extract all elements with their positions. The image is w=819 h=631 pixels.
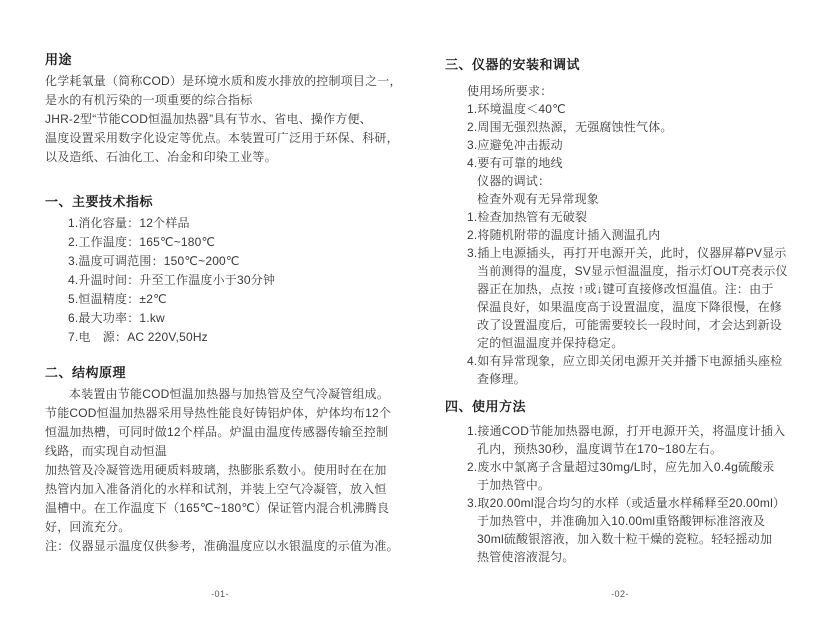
text-line: 30ml硫酸银溶液，加入数十粒干燥的瓷粒。轻轻摇动加 bbox=[445, 530, 795, 548]
text-line: 于加热管中，并准确加入10.00ml重铬酸钾标准溶液及 bbox=[445, 512, 795, 530]
text-line: 节能COD恒温加热器采用导热性能良好铸铝炉体，炉体均布12个 bbox=[45, 404, 395, 423]
spec-item: 7.电 源：AC 220V,50Hz bbox=[45, 328, 395, 347]
text-line: 1.接通COD节能加热器电源，打开电源开关，将温度计插入 bbox=[445, 422, 795, 440]
text-line: 化学耗氧量（简称COD）是环境水质和废水排放的控制项目之一， bbox=[45, 72, 395, 91]
text-line: JHR-2型“节能COD恒温加热器”具有节水、省电、操作方便、 bbox=[45, 110, 395, 129]
text-line: 好，回流充分。 bbox=[45, 518, 395, 537]
page-number: -02- bbox=[445, 589, 795, 599]
text-line: 3.取20.00ml混合均匀的水样（或适量水样稀释至20.00ml） bbox=[445, 494, 795, 512]
text-line: 仪器的调试： bbox=[445, 172, 795, 190]
heading-structure-principle: 二、结构原理 bbox=[45, 363, 395, 382]
text-line: 4.如有异常现象，应立即关闭电源开关并播下电源插头座检 bbox=[445, 352, 795, 370]
text-line: 1.检查加热管有无破裂 bbox=[445, 208, 795, 226]
text-line: 以及造纸、石油化工、冶金和印染工业等。 bbox=[45, 148, 395, 167]
text-line: 2.废水中氯离子含量超过30mg/L时，应先加入0.4g硫酸汞 bbox=[445, 458, 795, 476]
text-line: 孔内，预热30秒，温度调节在170~180左右。 bbox=[445, 440, 795, 458]
text-line: 热管使溶液混匀。 bbox=[445, 548, 795, 566]
text-line: 于加热管中。 bbox=[445, 476, 795, 494]
spec-item: 2.工作温度：165℃~180℃ bbox=[45, 233, 395, 252]
spec-list: 1.消化容量：12个样品 2.工作温度：165℃~180℃ 3.温度可调范围：1… bbox=[45, 214, 395, 347]
page-number: -01- bbox=[45, 589, 395, 599]
text-line: 线路，而实现自动恒温 bbox=[45, 442, 395, 461]
text-line: 4.要有可靠的地线 bbox=[445, 154, 795, 172]
text-line: 加热管及冷凝管选用硬质料玻璃，热膨胀系数小。使用时在在加 bbox=[45, 461, 395, 480]
text-line: 检查外观有无异常现象 bbox=[445, 190, 795, 208]
usage-method-section: 1.接通COD节能加热器电源，打开电源开关，将温度计插入 孔内，预热30秒，温度… bbox=[445, 422, 795, 566]
page-1: 用途 化学耗氧量（简称COD）是环境水质和废水排放的控制项目之一， 是水的有机污… bbox=[45, 0, 395, 631]
spec-item: 3.温度可调范围：150℃~200℃ bbox=[45, 252, 395, 271]
text-line: 1.环境温度＜40℃ bbox=[445, 100, 795, 118]
spec-item: 4.升温时间：升至工作温度小于30分钟 bbox=[45, 271, 395, 290]
spec-item: 1.消化容量：12个样品 bbox=[45, 214, 395, 233]
installation-section: 使用场所要求： 1.环境温度＜40℃ 2.周围无强烈热源，无强腐蚀性气体。 3.… bbox=[445, 82, 795, 388]
heading-installation: 三、仪器的安装和调试 bbox=[445, 55, 795, 74]
spec-item: 5.恒温精度：±2℃ bbox=[45, 290, 395, 309]
text-line: 3.应避免冲击振动 bbox=[445, 136, 795, 154]
text-line: 温槽中。在工作温度下（165℃~180℃）保证管内混合机沸腾良 bbox=[45, 499, 395, 518]
text-line: 定的恒温温度并保持稳定。 bbox=[445, 334, 795, 352]
text-line: 温度设置采用数字化设定等优点。本装置可广泛用于环保、科研， bbox=[45, 129, 395, 148]
text-line: 是水的有机污染的一项重要的综合指标 bbox=[45, 91, 395, 110]
manual-page-spread: 用途 化学耗氧量（简称COD）是环境水质和废水排放的控制项目之一， 是水的有机污… bbox=[0, 0, 819, 631]
heading-usage-method: 四、使用方法 bbox=[445, 397, 795, 416]
text-line: 本装置由节能COD恒温加热器与加热管及空气冷凝管组成。 bbox=[45, 385, 395, 404]
text-line: 查修理。 bbox=[445, 370, 795, 388]
page-2: 三、仪器的安装和调试 使用场所要求： 1.环境温度＜40℃ 2.周围无强烈热源，… bbox=[445, 0, 795, 631]
spec-item: 6.最大功率：1.kw bbox=[45, 309, 395, 328]
note-line: 注：仪器显示温度仅供参考，准确温度应以水银温度的示值为准。 bbox=[45, 537, 395, 556]
text-line: 热管内加入准备消化的水样和试剂，并装上空气冷凝管，放入恒 bbox=[45, 480, 395, 499]
text-line: 保温良好，如果温度高于设置温度，温度下降很慢，在修 bbox=[445, 298, 795, 316]
structure-paragraph: 本装置由节能COD恒温加热器与加热管及空气冷凝管组成。 节能COD恒温加热器采用… bbox=[45, 385, 395, 556]
text-line: 恒温加热槽，可同时做12个样品。炉温由温度传感器传输至控制 bbox=[45, 423, 395, 442]
heading-main-specs: 一、主要技术指标 bbox=[45, 192, 395, 211]
text-line: 使用场所要求： bbox=[445, 82, 795, 100]
heading-usage: 用途 bbox=[45, 50, 395, 69]
text-line: 3.插上电源插头，再打开电源开关，此时，仪器屏幕PV显示 bbox=[445, 244, 795, 262]
text-line: 2.将随机附带的温度计插入测温孔内 bbox=[445, 226, 795, 244]
text-line: 2.周围无强烈热源，无强腐蚀性气体。 bbox=[445, 118, 795, 136]
text-line: 改了设置温度后，可能需要较长一段时间，才会达到新设 bbox=[445, 316, 795, 334]
text-line: 器正在加热，点按 ↑或↓键可直接修改恒温值。注：由于 bbox=[445, 280, 795, 298]
usage-paragraph: 化学耗氧量（简称COD）是环境水质和废水排放的控制项目之一， 是水的有机污染的一… bbox=[45, 72, 395, 167]
text-line: 当前测得的温度，SV显示恒温温度，指示灯OUT亮表示仪 bbox=[445, 262, 795, 280]
